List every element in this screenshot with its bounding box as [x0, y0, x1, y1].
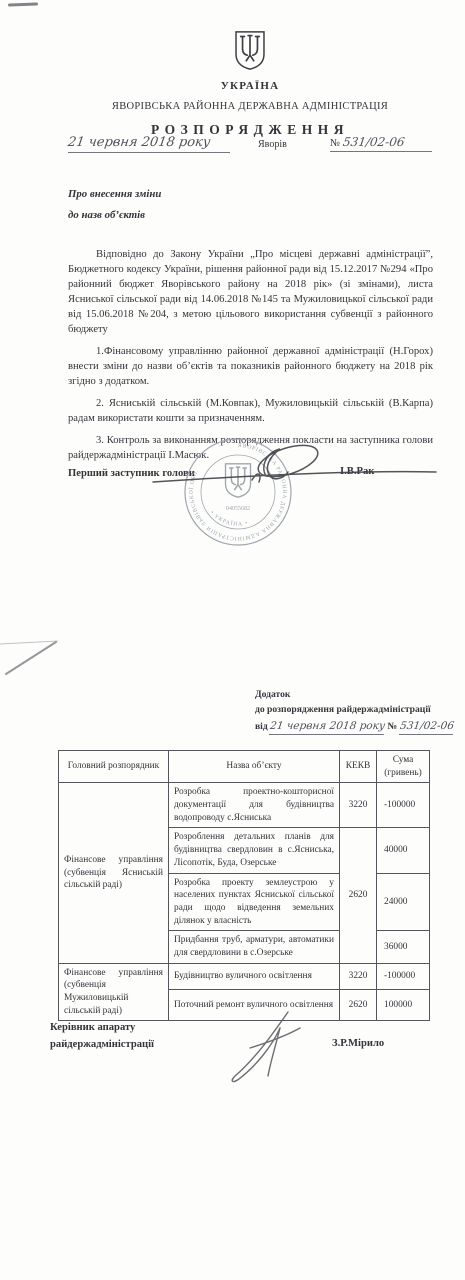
signature-ink-mirylo: [222, 1006, 327, 1084]
col-header-sum: Сума (гривень): [377, 751, 430, 783]
subject-line-2: до назв об’єктів: [68, 205, 161, 226]
manager-group-1: Фінансове управління (субвенція Ясниські…: [59, 783, 169, 963]
stamp-country-text: • УКРАЇНА •: [209, 510, 249, 528]
col-header-sum-line2: (гривень): [382, 767, 424, 780]
annex-budget-table: Головний розпорядник Назва об’єкту КЕКВ …: [58, 750, 430, 1021]
annex-date-line: від 21 червня 2018 року № 531/02-06: [255, 718, 457, 735]
paragraph-item-2: 2. Ясниській сільській (М.Ковпак), Мужил…: [68, 396, 433, 426]
annex-signer-title-line2: райдержадміністрації: [50, 1037, 154, 1054]
manager-group-2: Фінансове управління (субвенція Мужилови…: [59, 963, 169, 1021]
country-name: УКРАЇНА: [36, 80, 464, 92]
col-header-kekv: КЕКВ: [340, 751, 377, 783]
col-header-object: Назва об’єкту: [169, 751, 340, 783]
annex-handwritten-date: 21 червня 2018 року: [269, 718, 386, 735]
annex-from-label: від: [255, 721, 268, 732]
date-field: 21 червня 2018 року: [68, 134, 230, 153]
number-sign: №: [330, 138, 340, 149]
annex-subtitle: до розпорядження райдержадміністрації: [255, 703, 457, 718]
scanned-document-page: УКРАЇНА ЯВОРІВСЬКА РАЙОННА ДЕРЖАВНА АДМІ…: [0, 0, 465, 1280]
sum-value: 40000: [377, 828, 430, 873]
svg-text:• УКРАЇНА •: • УКРАЇНА •: [209, 510, 249, 528]
annex-signer-name: З.Р.Мірило: [332, 1038, 384, 1049]
subject-line-1: Про внесення зміни: [68, 184, 161, 205]
annex-title: Додаток: [255, 688, 457, 703]
object-name: Розробка проектно-кошторисної документац…: [169, 783, 340, 828]
col-header-sum-line1: Сума: [382, 754, 424, 767]
annex-handwritten-number: 531/02-06: [398, 718, 454, 735]
kekv-value: 2620: [340, 828, 377, 963]
paragraph-preamble: Відповідно до Закону України „Про місцев…: [68, 247, 433, 337]
subject-block: Про внесення зміни до назв об’єктів: [68, 184, 161, 226]
handwritten-date: 21 червня 2018 року: [67, 135, 211, 150]
col-header-manager: Головний розпорядник: [59, 751, 169, 783]
sum-value: 100000: [377, 990, 430, 1021]
authority-name: ЯВОРІВСЬКА РАЙОННА ДЕРЖАВНА АДМІНІСТРАЦІ…: [36, 101, 464, 112]
number-field: № 531/02-06: [330, 135, 432, 152]
stamp-code: 04055682: [226, 506, 250, 512]
annex-number-sign: №: [387, 721, 397, 732]
table-header-row: Головний розпорядник Назва об’єкту КЕКВ …: [59, 751, 430, 783]
place-label: Яворів: [258, 139, 287, 150]
ukraine-trident-emblem-icon: [233, 30, 267, 71]
annex-signer-title-line1: Керівник апарату: [50, 1020, 154, 1037]
object-name: Розробка проекту землеустрою у населених…: [169, 873, 340, 931]
object-name: Будівництво вуличного освітлення: [169, 963, 340, 989]
signature-ink-rak: [148, 428, 443, 500]
date-place-number-row: 21 червня 2018 року Яворів № 531/02-06: [68, 137, 432, 161]
kekv-value: 3220: [340, 963, 377, 989]
handwritten-number: 531/02-06: [342, 135, 406, 149]
annex-heading: Додаток до розпорядження райдержадмініст…: [255, 688, 457, 735]
object-name: Розроблення детальних планів для будівни…: [169, 828, 340, 873]
sum-value: 24000: [377, 873, 430, 931]
annex-signer-title: Керівник апарату райдержадміністрації: [50, 1020, 154, 1054]
table-row: Фінансове управління (субвенція Мужилови…: [59, 963, 430, 989]
sum-value: -100000: [377, 963, 430, 989]
table-row: Фінансове управління (субвенція Ясниські…: [59, 783, 430, 828]
sum-value: 36000: [377, 931, 430, 963]
kekv-value: 3220: [340, 783, 377, 828]
scan-artifact-dash: [8, 2, 38, 6]
paragraph-item-1: 1.Фінансовому управлінню районної держав…: [68, 344, 433, 389]
sum-value: -100000: [377, 783, 430, 828]
document-header: УКРАЇНА ЯВОРІВСЬКА РАЙОННА ДЕРЖАВНА АДМІ…: [36, 30, 464, 138]
object-name: Придбання труб, арматури, автоматики для…: [169, 931, 340, 963]
kekv-value: 2620: [340, 990, 377, 1021]
scan-artifact-crease: [0, 628, 170, 683]
